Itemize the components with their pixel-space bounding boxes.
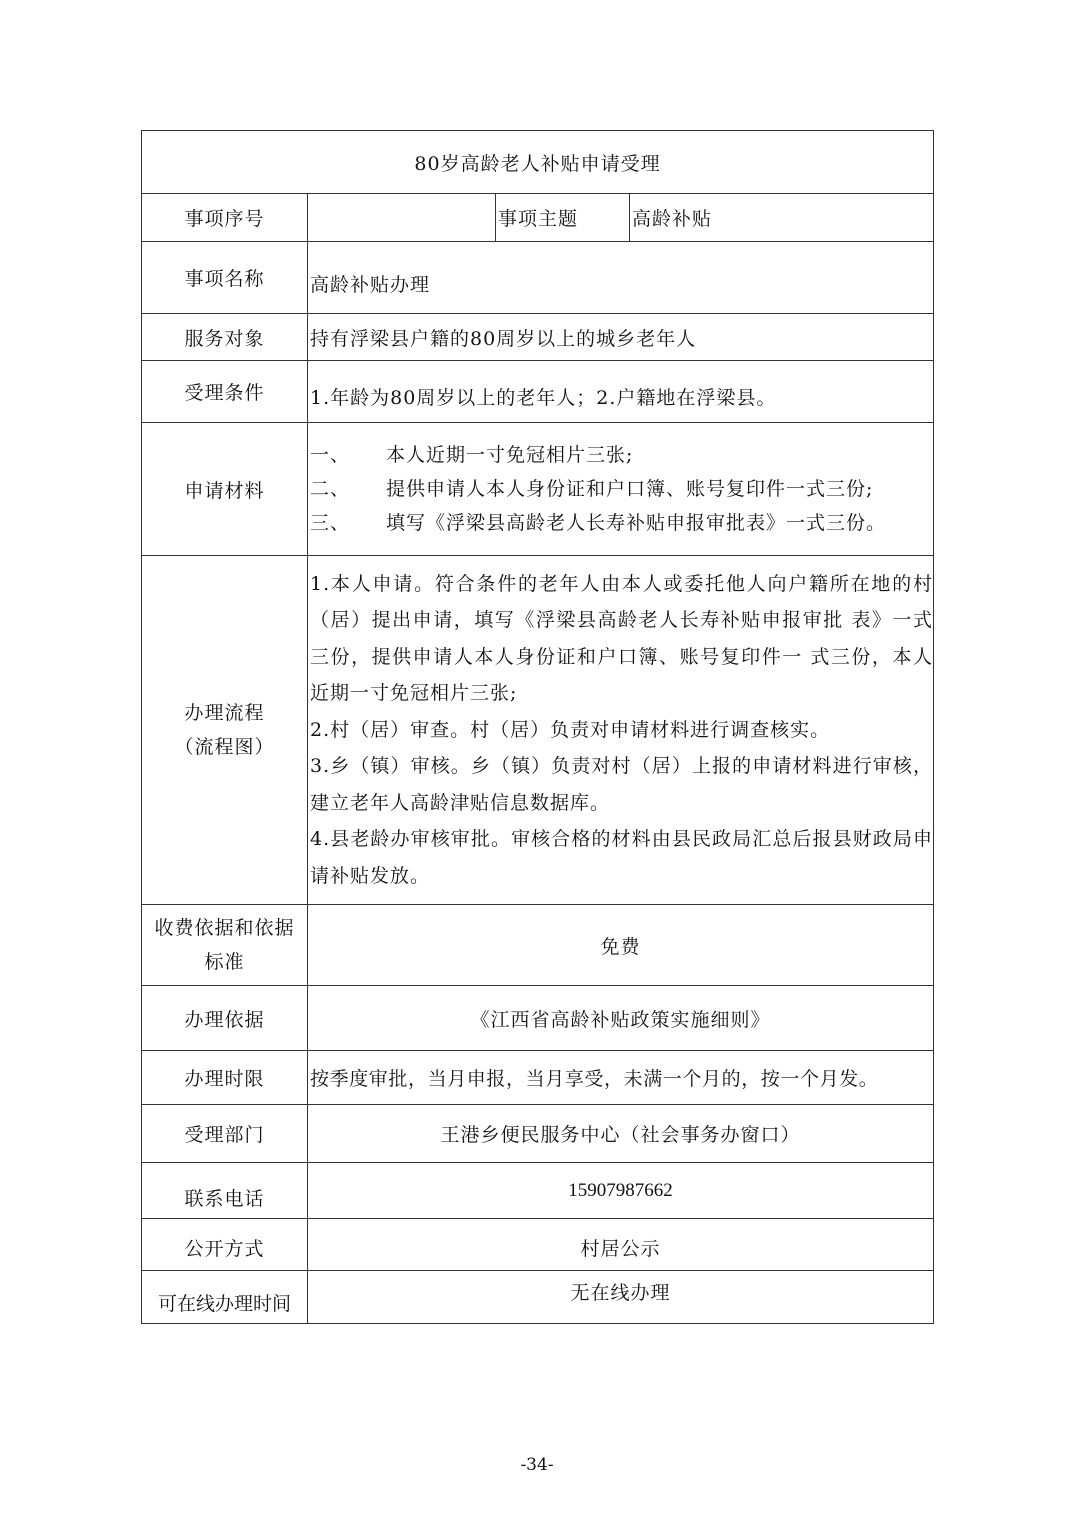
materials-list: 一、本人近期一寸免冠相片三张; 二、提供申请人本人身份证和户口簿、账号复印件一式… bbox=[308, 423, 934, 556]
materials-item: 二、提供申请人本人身份证和户口簿、账号复印件一式三份; bbox=[310, 472, 933, 506]
item-no-label: 事项序号 bbox=[142, 194, 308, 242]
item-theme-value: 高龄补贴 bbox=[630, 194, 934, 242]
materials-item: 三、填写《浮梁县高龄老人长寿补贴申报审批表》一式三份。 bbox=[310, 506, 933, 540]
item-no-value bbox=[308, 194, 496, 242]
process-step: 2.村（居）审查。村（居）负责对申请材料进行调查核实。 bbox=[310, 712, 933, 749]
materials-label: 申请材料 bbox=[142, 423, 308, 556]
department-value: 王港乡便民服务中心（社会事务办窗口） bbox=[308, 1105, 934, 1163]
service-info-table: 80岁高龄老人补贴申请受理 事项序号 事项主题 高龄补贴 事项名称 高龄补贴办理… bbox=[141, 130, 934, 1324]
service-target-value: 持有浮梁县户籍的80周岁以上的城乡老年人 bbox=[308, 314, 934, 361]
materials-item: 一、本人近期一寸免冠相片三张; bbox=[310, 438, 933, 472]
process-step: 1.本人申请。符合条件的老年人由本人或委托他人向户籍所在地的村（居）提出申请，填… bbox=[310, 566, 933, 712]
fee-value: 免费 bbox=[308, 905, 934, 986]
time-limit-value: 按季度审批，当月申报，当月享受，未满一个月的，按一个月发。 bbox=[308, 1051, 934, 1105]
process-steps: 1.本人申请。符合条件的老年人由本人或委托他人向户籍所在地的村（居）提出申请，填… bbox=[308, 556, 934, 905]
process-label: 办理流程 （流程图） bbox=[142, 556, 308, 905]
conditions-value: 1.年龄为80周岁以上的老年人；2.户籍地在浮梁县。 bbox=[308, 361, 934, 423]
basis-label: 办理依据 bbox=[142, 986, 308, 1051]
page-number: -34- bbox=[0, 1455, 1074, 1475]
department-label: 受理部门 bbox=[142, 1105, 308, 1163]
document-title: 80岁高龄老人补贴申请受理 bbox=[142, 131, 934, 194]
conditions-label: 受理条件 bbox=[142, 361, 308, 423]
online-label: 可在线办理时间 bbox=[142, 1271, 308, 1324]
disclosure-label: 公开方式 bbox=[142, 1219, 308, 1271]
item-name-value: 高龄补贴办理 bbox=[308, 242, 934, 314]
phone-value: 15907987662 bbox=[308, 1163, 934, 1219]
online-value: 无在线办理 bbox=[308, 1271, 934, 1324]
process-step: 3.乡（镇）审核。乡（镇）负责对村（居）上报的申请材料进行审核，建立老年人高龄津… bbox=[310, 748, 933, 821]
time-limit-label: 办理时限 bbox=[142, 1051, 308, 1105]
basis-value: 《江西省高龄补贴政策实施细则》 bbox=[308, 986, 934, 1051]
phone-label: 联系电话 bbox=[142, 1163, 308, 1219]
item-name-label: 事项名称 bbox=[142, 242, 308, 314]
fee-label: 收费依据和依据标准 bbox=[142, 905, 308, 986]
disclosure-value: 村居公示 bbox=[308, 1219, 934, 1271]
service-target-label: 服务对象 bbox=[142, 314, 308, 361]
process-step: 4.县老龄办审核审批。审核合格的材料由县民政局汇总后报县财政局申请补贴发放。 bbox=[310, 821, 933, 894]
item-theme-label: 事项主题 bbox=[496, 194, 630, 242]
